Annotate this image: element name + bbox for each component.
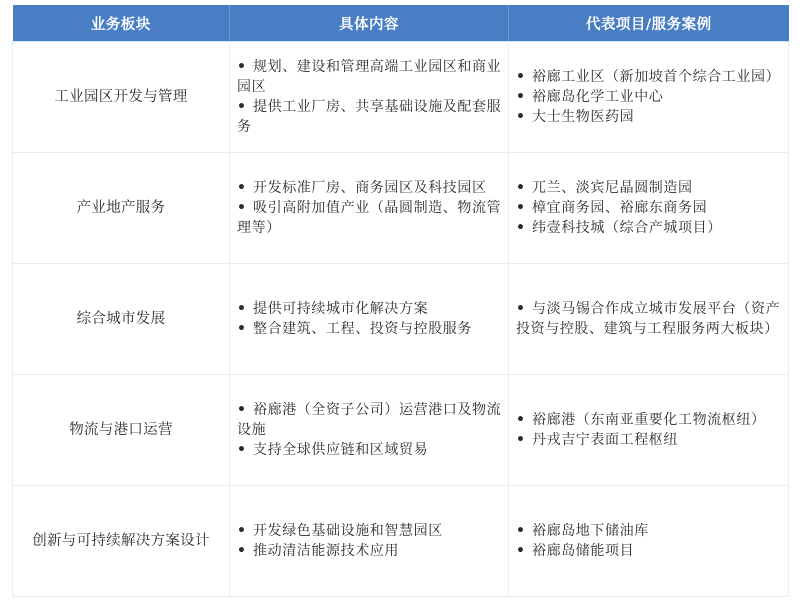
list-item: •裕廊岛化学工业中心 (516, 87, 784, 107)
segment-cell: 产业地产服务 (13, 153, 230, 264)
list-item-text: 推动清洁能源技术应用 (253, 543, 399, 559)
list-item-text: 开发绿色基础设施和智慧园区 (253, 523, 443, 539)
bullet-icon: • (516, 178, 532, 198)
cases-cell: •裕廊港（东南亚重要化工物流枢纽） •丹戎吉宁表面工程枢纽 (509, 375, 789, 486)
bullet-icon: • (237, 521, 253, 541)
list-item: •提供工业厂房、共享基础设施及配套服务 (237, 97, 504, 137)
table-row: 物流与港口运营 •裕廊港（全资子公司）运营港口及物流设施 •支持全球供应链和区域… (13, 375, 789, 486)
list-item: •裕廊港（东南亚重要化工物流枢纽） (516, 410, 784, 430)
header-content: 具体内容 (230, 5, 509, 42)
table-row: 产业地产服务 •开发标准厂房、商务园区及科技园区 •吸引高附加值产业（晶圆制造、… (13, 153, 789, 264)
list-item: •吸引高附加值产业（晶圆制造、物流管理等） (237, 198, 504, 238)
list-item-text: 兀兰、淡宾尼晶圆制造园 (532, 180, 693, 196)
list-item: •裕廊岛地下储油库 (516, 521, 784, 541)
cases-cell: •裕廊岛地下储油库 •裕廊岛储能项目 (509, 486, 789, 597)
content-cell: •开发标准厂房、商务园区及科技园区 •吸引高附加值产业（晶圆制造、物流管理等） (230, 153, 509, 264)
list-item-text: 丹戎吉宁表面工程枢纽 (532, 432, 678, 448)
bullet-icon: • (516, 410, 532, 430)
list-item: •规划、建设和管理高端工业园区和商业园区 (237, 57, 504, 97)
bullet-icon: • (516, 541, 532, 561)
segment-cell: 物流与港口运营 (13, 375, 230, 486)
list-item: •整合建筑、工程、投资与控股服务 (237, 319, 504, 339)
list-item-text: 裕廊岛地下储油库 (532, 523, 649, 539)
bullet-icon: • (237, 299, 253, 319)
list-item: •开发绿色基础设施和智慧园区 (237, 521, 504, 541)
cases-list: •与淡马锡合作成立城市发展平台（资产投资与控股、建筑与工程服务两大板块） (516, 299, 784, 339)
bullet-icon: • (237, 319, 253, 339)
segment-cell: 创新与可持续解决方案设计 (13, 486, 230, 597)
content-list: •提供可持续城市化解决方案 •整合建筑、工程、投资与控股服务 (237, 299, 504, 339)
bullet-icon: • (516, 299, 532, 319)
list-item: •兀兰、淡宾尼晶圆制造园 (516, 178, 784, 198)
business-segments-table: 业务板块 具体内容 代表项目/服务案例 工业园区开发与管理 •规划、建设和管理高… (12, 5, 789, 597)
bullet-icon: • (516, 198, 532, 218)
table-header: 业务板块 具体内容 代表项目/服务案例 (13, 5, 789, 42)
list-item-text: 开发标准厂房、商务园区及科技园区 (253, 180, 487, 196)
list-item-text: 支持全球供应链和区域贸易 (253, 442, 428, 458)
list-item: •与淡马锡合作成立城市发展平台（资产投资与控股、建筑与工程服务两大板块） (516, 299, 784, 339)
bullet-icon: • (237, 57, 253, 77)
content-cell: •开发绿色基础设施和智慧园区 •推动清洁能源技术应用 (230, 486, 509, 597)
list-item-text: 整合建筑、工程、投资与控股服务 (253, 321, 472, 337)
cases-cell: •与淡马锡合作成立城市发展平台（资产投资与控股、建筑与工程服务两大板块） (509, 264, 789, 375)
cases-list: •裕廊工业区（新加坡首个综合工业园） •裕廊岛化学工业中心 •大士生物医药园 (516, 67, 784, 127)
content-list: •裕廊港（全资子公司）运营港口及物流设施 •支持全球供应链和区域贸易 (237, 400, 504, 460)
list-item: •提供可持续城市化解决方案 (237, 299, 504, 319)
content-list: •规划、建设和管理高端工业园区和商业园区 •提供工业厂房、共享基础设施及配套服务 (237, 57, 504, 137)
bullet-icon: • (237, 198, 253, 218)
list-item-text: 与淡马锡合作成立城市发展平台（资产投资与控股、建筑与工程服务两大板块） (516, 301, 780, 337)
header-row: 业务板块 具体内容 代表项目/服务案例 (13, 5, 789, 42)
content-cell: •提供可持续城市化解决方案 •整合建筑、工程、投资与控股服务 (230, 264, 509, 375)
list-item-text: 大士生物医药园 (532, 109, 634, 125)
header-segment: 业务板块 (13, 5, 230, 42)
bullet-icon: • (516, 67, 532, 87)
list-item: •裕廊工业区（新加坡首个综合工业园） (516, 67, 784, 87)
list-item: •樟宜商务园、裕廊东商务园 (516, 198, 784, 218)
table-row: 工业园区开发与管理 •规划、建设和管理高端工业园区和商业园区 •提供工业厂房、共… (13, 42, 789, 153)
bullet-icon: • (237, 178, 253, 198)
list-item-text: 吸引高附加值产业（晶圆制造、物流管理等） (237, 200, 501, 236)
list-item-text: 樟宜商务园、裕廊东商务园 (532, 200, 707, 216)
list-item-text: 提供工业厂房、共享基础设施及配套服务 (237, 99, 501, 135)
list-item-text: 裕廊港（全资子公司）运营港口及物流设施 (237, 402, 501, 438)
content-cell: •规划、建设和管理高端工业园区和商业园区 •提供工业厂房、共享基础设施及配套服务 (230, 42, 509, 153)
table-body: 工业园区开发与管理 •规划、建设和管理高端工业园区和商业园区 •提供工业厂房、共… (13, 42, 789, 597)
header-cases: 代表项目/服务案例 (509, 5, 789, 42)
list-item: •丹戎吉宁表面工程枢纽 (516, 430, 784, 450)
content-cell: •裕廊港（全资子公司）运营港口及物流设施 •支持全球供应链和区域贸易 (230, 375, 509, 486)
table-row: 创新与可持续解决方案设计 •开发绿色基础设施和智慧园区 •推动清洁能源技术应用 … (13, 486, 789, 597)
list-item: •推动清洁能源技术应用 (237, 541, 504, 561)
list-item: •支持全球供应链和区域贸易 (237, 440, 504, 460)
bullet-icon: • (237, 97, 253, 117)
list-item: •裕廊岛储能项目 (516, 541, 784, 561)
content-list: •开发标准厂房、商务园区及科技园区 •吸引高附加值产业（晶圆制造、物流管理等） (237, 178, 504, 238)
list-item-text: 裕廊港（东南亚重要化工物流枢纽） (532, 412, 766, 428)
list-item-text: 纬壹科技城（综合产城项目） (532, 220, 722, 236)
content-list: •开发绿色基础设施和智慧园区 •推动清洁能源技术应用 (237, 521, 504, 561)
list-item-text: 裕廊岛化学工业中心 (532, 89, 663, 105)
list-item-text: 裕廊工业区（新加坡首个综合工业园） (532, 69, 780, 85)
list-item-text: 提供可持续城市化解决方案 (253, 301, 428, 317)
bullet-icon: • (516, 107, 532, 127)
cases-list: •裕廊港（东南亚重要化工物流枢纽） •丹戎吉宁表面工程枢纽 (516, 410, 784, 450)
segment-cell: 综合城市发展 (13, 264, 230, 375)
list-item: •开发标准厂房、商务园区及科技园区 (237, 178, 504, 198)
bullet-icon: • (516, 218, 532, 238)
list-item: •纬壹科技城（综合产城项目） (516, 218, 784, 238)
bullet-icon: • (516, 87, 532, 107)
list-item-text: 规划、建设和管理高端工业园区和商业园区 (237, 59, 501, 95)
cases-list: •兀兰、淡宾尼晶圆制造园 •樟宜商务园、裕廊东商务园 •纬壹科技城（综合产城项目… (516, 178, 784, 238)
cases-cell: •裕廊工业区（新加坡首个综合工业园） •裕廊岛化学工业中心 •大士生物医药园 (509, 42, 789, 153)
cases-list: •裕廊岛地下储油库 •裕廊岛储能项目 (516, 521, 784, 561)
list-item: •大士生物医药园 (516, 107, 784, 127)
bullet-icon: • (516, 430, 532, 450)
table-row: 综合城市发展 •提供可持续城市化解决方案 •整合建筑、工程、投资与控股服务 •与… (13, 264, 789, 375)
bullet-icon: • (237, 541, 253, 561)
list-item-text: 裕廊岛储能项目 (532, 543, 634, 559)
segment-cell: 工业园区开发与管理 (13, 42, 230, 153)
bullet-icon: • (237, 440, 253, 460)
cases-cell: •兀兰、淡宾尼晶圆制造园 •樟宜商务园、裕廊东商务园 •纬壹科技城（综合产城项目… (509, 153, 789, 264)
bullet-icon: • (237, 400, 253, 420)
list-item: •裕廊港（全资子公司）运营港口及物流设施 (237, 400, 504, 440)
bullet-icon: • (516, 521, 532, 541)
